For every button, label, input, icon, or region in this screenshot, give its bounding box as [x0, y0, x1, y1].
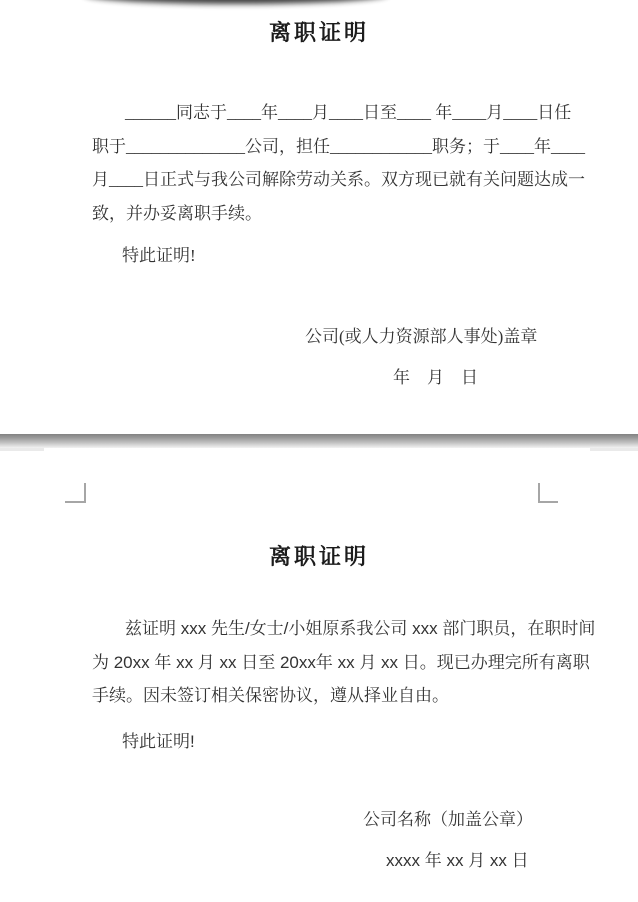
page2-closing: 特此证明! — [122, 727, 195, 752]
page1-body-line: ______同志于____年____月____日至____ 年____月____… — [92, 96, 552, 130]
page1-body-line: 职于______________公司，担任____________职务；于___… — [92, 130, 552, 164]
page2-body-line: 兹证明 xxx 先生/女士/小姐原系我公司 xxx 部门职员，在职时间 — [92, 612, 552, 646]
crop-mark-top-right-horizontal — [538, 501, 558, 503]
page2-body: 兹证明 xxx 先生/女士/小姐原系我公司 xxx 部门职员，在职时间 为 20… — [92, 612, 552, 713]
page1-body-line: 致，并办妥离职手续。 — [92, 197, 552, 231]
page1-seal-line: 公司(或人力资源部人事处)盖章 — [305, 322, 537, 347]
page2-top-right-edge — [590, 448, 638, 451]
page2-body-line: 手续。因未签订相关保密协议，遵从择业自由。 — [92, 679, 552, 713]
page2-body-line: 为 20xx 年 xx 月 xx 日至 20xx年 xx 月 xx 日。现已办理… — [92, 646, 552, 680]
page2-title: 离职证明 — [0, 540, 638, 571]
page1-body: ______同志于____年____月____日至____ 年____月____… — [92, 96, 552, 230]
page1-closing: 特此证明! — [122, 241, 196, 266]
page2-company-line: 公司名称（加盖公章） — [363, 805, 533, 830]
page1-title: 离职证明 — [0, 16, 638, 47]
crop-mark-top-right-vertical — [538, 483, 540, 503]
page1-date-line: 年 月 日 — [393, 363, 478, 388]
crop-mark-top-left-horizontal — [65, 501, 85, 503]
page2-date-line: xxxx 年 xx 月 xx 日 — [386, 846, 529, 871]
page1-body-line: 月____日正式与我公司解除劳动关系。双方现已就有关问题达成一 — [92, 163, 552, 197]
crop-mark-top-left-vertical — [84, 483, 86, 503]
cutoff-dark-bar — [84, 0, 388, 4]
page2-top-left-edge — [0, 448, 44, 451]
page-divider — [0, 434, 638, 448]
document-view: 离职证明 ______同志于____年____月____日至____ 年____… — [0, 0, 638, 902]
